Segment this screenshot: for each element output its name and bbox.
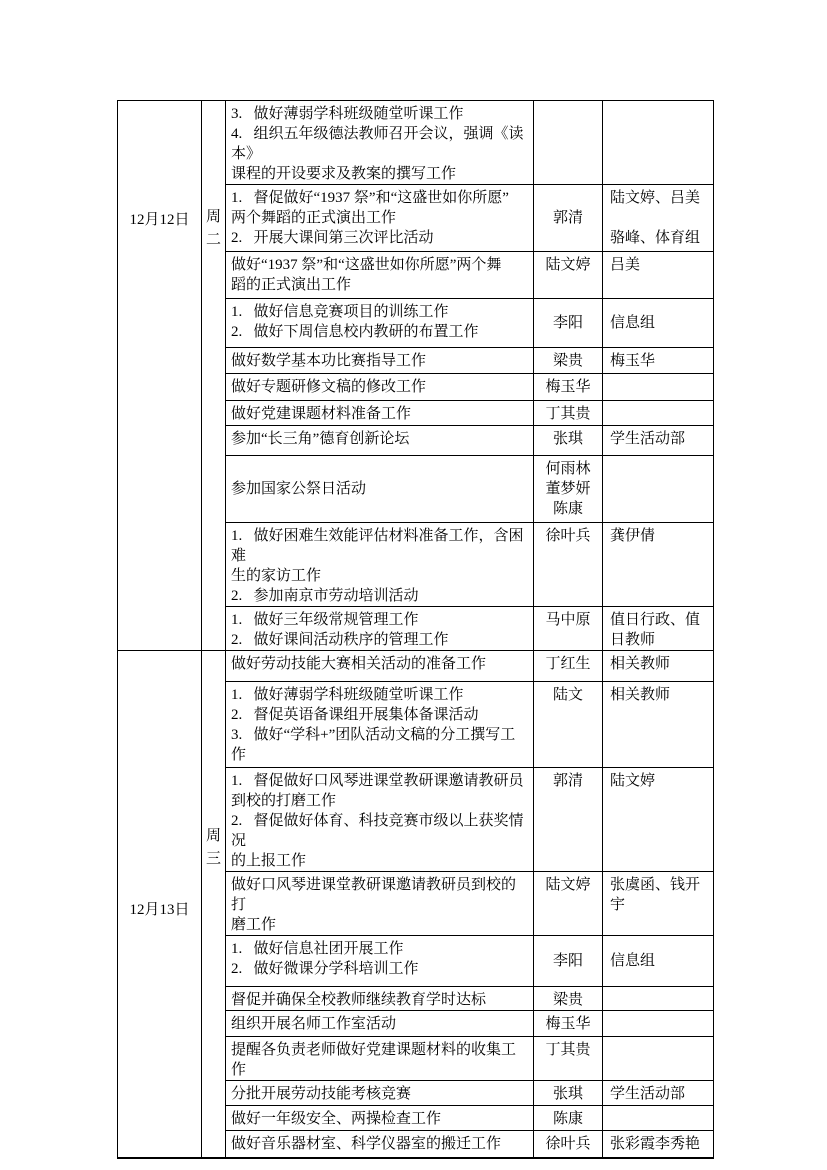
task-line: 参加“长三角”德育创新论坛 <box>231 429 530 449</box>
task-line: 2. 做好课间活动秩序的管理工作 <box>231 630 530 650</box>
task-line: 1. 做好信息社团开展工作 <box>231 939 530 959</box>
task-cell: 3. 做好薄弱学科班级随堂听课工作4. 组织五年级德法教师召开会议，强调《读本》… <box>226 101 534 185</box>
collaborator-name: 日教师 <box>610 630 711 650</box>
task-line: 做好“1937 祭”和“这盛世如你所愿”两个舞 <box>231 255 530 275</box>
person-name: 梁贵 <box>535 351 601 371</box>
person-name: 何雨林 <box>535 459 601 479</box>
collaborator-cell <box>603 1106 714 1131</box>
task-line: 做好数学基本功比赛指导工作 <box>231 351 530 371</box>
collaborator-cell: 张彩霞李秀艳 <box>603 1131 714 1158</box>
task-line: 组织开展名师工作室活动 <box>231 1014 530 1034</box>
person-cell: 陆文 <box>534 682 603 768</box>
day-label: 周二 <box>202 206 225 252</box>
task-line: 生的家访工作 <box>231 566 530 586</box>
task-cell: 做好党建课题材料准备工作 <box>226 401 534 426</box>
person-cell: 何雨林董梦妍陈康 <box>534 456 603 523</box>
task-cell: 做好音乐器材室、科学仪器室的搬迁工作 <box>226 1131 534 1158</box>
person-cell: 丁其贵 <box>534 401 603 426</box>
person-name: 梅玉华 <box>535 377 601 397</box>
task-cell: 做好“1937 祭”和“这盛世如你所愿”两个舞蹈的正式演出工作 <box>226 252 534 299</box>
person-cell <box>534 101 603 185</box>
collaborator-name: 学生活动部 <box>610 429 711 449</box>
task-line: 1. 督促做好“1937 祭”和“这盛世如你所愿” <box>231 188 530 208</box>
date-cell: 12月13日 <box>118 651 202 1158</box>
collaborator-cell <box>603 1037 714 1081</box>
task-cell: 提醒各负责老师做好党建课题材料的收集工作 <box>226 1037 534 1081</box>
collaborator-cell: 学生活动部 <box>603 1081 714 1106</box>
task-cell: 1. 督促做好口风琴进课堂教研课邀请教研员到校的打磨工作2. 督促做好体育、科技… <box>226 768 534 872</box>
task-cell: 1. 做好困难生效能评估材料准备工作，含困难生的家访工作2. 参加南京市劳动培训… <box>226 523 534 607</box>
collaborator-cell: 陆文婷 <box>603 768 714 872</box>
task-cell: 分批开展劳动技能考核竞赛 <box>226 1081 534 1106</box>
person-cell: 梁贵 <box>534 348 603 374</box>
day-cell: 周二 <box>202 101 226 651</box>
collaborator-cell: 相关教师 <box>603 651 714 682</box>
task-cell: 参加“长三角”德育创新论坛 <box>226 426 534 456</box>
person-cell: 徐叶兵 <box>534 523 603 607</box>
collaborator-cell: 信息组 <box>603 299 714 348</box>
person-cell: 李阳 <box>534 936 603 987</box>
person-name: 李阳 <box>535 951 601 971</box>
person-name: 丁其贵 <box>535 1040 601 1060</box>
person-name: 丁红生 <box>535 654 601 674</box>
task-line: 1. 做好信息竞赛项目的训练工作 <box>231 302 530 322</box>
collaborator-name: 张彩霞李秀艳 <box>610 1134 711 1154</box>
person-cell: 陆文婷 <box>534 252 603 299</box>
task-line: 2. 参加南京市劳动培训活动 <box>231 586 530 606</box>
collaborator-name: 陆文婷 <box>610 771 711 791</box>
task-line: 2. 做好下周信息校内教研的布置工作 <box>231 322 530 342</box>
collaborator-name: 宇 <box>610 895 711 915</box>
collaborator-name: 信息组 <box>610 313 711 333</box>
collaborator-cell: 相关教师 <box>603 682 714 768</box>
person-name: 徐叶兵 <box>535 1134 601 1154</box>
task-cell: 1. 督促做好“1937 祭”和“这盛世如你所愿”两个舞蹈的正式演出工作2. 开… <box>226 185 534 252</box>
collaborator-cell: 张虞函、钱开宇 <box>603 872 714 936</box>
task-line: 4. 组织五年级德法教师召开会议，强调《读本》 <box>231 124 530 164</box>
task-line: 做好一年级安全、两操检查工作 <box>231 1109 530 1129</box>
task-line: 做好口风琴进课堂教研课邀请教研员到校的打 <box>231 875 530 915</box>
collaborator-name: 骆峰、体育组 <box>610 228 711 248</box>
day-label-text: 周三 <box>206 825 222 871</box>
collaborator-name: 吕美 <box>610 255 711 275</box>
collaborator-cell: 梅玉华 <box>603 348 714 374</box>
collaborator-name: 相关教师 <box>610 685 711 705</box>
day-label-text: 周二 <box>206 206 222 252</box>
collaborator-cell <box>603 1011 714 1037</box>
date-label: 12月12日 <box>118 210 201 230</box>
person-name: 陆文婷 <box>535 255 601 275</box>
task-line: 1. 督促做好口风琴进课堂教研课邀请教研员 <box>231 771 530 791</box>
date-cell: 12月12日 <box>118 101 202 651</box>
person-name: 董梦妍 <box>535 479 601 499</box>
collaborator-name: 龚伊倩 <box>610 526 711 546</box>
task-line: 做好劳动技能大赛相关活动的准备工作 <box>231 654 530 674</box>
collaborator-cell: 陆文婷、吕美骆峰、体育组 <box>603 185 714 252</box>
task-line: 蹈的正式演出工作 <box>231 275 530 295</box>
task-cell: 组织开展名师工作室活动 <box>226 1011 534 1037</box>
collaborator-cell <box>603 987 714 1011</box>
collaborator-name <box>610 208 711 228</box>
task-cell: 1. 做好三年级常规管理工作2. 做好课间活动秩序的管理工作 <box>226 607 534 651</box>
task-cell: 做好一年级安全、两操检查工作 <box>226 1106 534 1131</box>
person-name: 张琪 <box>535 429 601 449</box>
task-line: 2. 督促英语备课组开展集体备课活动 <box>231 705 530 725</box>
collaborator-name: 学生活动部 <box>610 1084 711 1104</box>
task-line: 做好专题研修文稿的修改工作 <box>231 377 530 397</box>
task-line: 做好党建课题材料准备工作 <box>231 404 530 424</box>
task-line: 两个舞蹈的正式演出工作 <box>231 208 530 228</box>
person-name: 郭清 <box>535 771 601 791</box>
collaborator-cell: 值日行政、值日教师 <box>603 607 714 651</box>
person-cell: 马中原 <box>534 607 603 651</box>
person-name: 陈康 <box>535 499 601 519</box>
person-cell: 梅玉华 <box>534 1011 603 1037</box>
person-cell: 郭清 <box>534 185 603 252</box>
task-cell: 做好口风琴进课堂教研课邀请教研员到校的打磨工作 <box>226 872 534 936</box>
person-cell: 丁其贵 <box>534 1037 603 1081</box>
collaborator-name: 梅玉华 <box>610 351 711 371</box>
collaborator-name: 值日行政、值 <box>610 610 711 630</box>
collaborator-cell <box>603 456 714 523</box>
task-line: 参加国家公祭日活动 <box>231 479 530 499</box>
person-cell: 郭清 <box>534 768 603 872</box>
task-line: 3. 做好薄弱学科班级随堂听课工作 <box>231 104 530 124</box>
task-line: 分批开展劳动技能考核竞赛 <box>231 1084 530 1104</box>
task-cell: 做好数学基本功比赛指导工作 <box>226 348 534 374</box>
person-name: 徐叶兵 <box>535 526 601 546</box>
collaborator-cell <box>603 101 714 185</box>
person-cell: 徐叶兵 <box>534 1131 603 1158</box>
task-line: 3. 做好“学科+”团队活动文稿的分工撰写工 <box>231 725 530 745</box>
task-line: 课程的开设要求及教案的撰写工作 <box>231 164 530 184</box>
person-cell: 李阳 <box>534 299 603 348</box>
person-name: 郭清 <box>535 208 601 228</box>
person-name: 梁贵 <box>535 990 601 1010</box>
person-cell: 陈康 <box>534 1106 603 1131</box>
day-label: 周三 <box>202 825 225 871</box>
task-line: 的上报工作 <box>231 851 530 871</box>
date-label: 12月13日 <box>118 900 201 920</box>
task-cell: 督促并确保全校教师继续教育学时达标 <box>226 987 534 1011</box>
task-cell: 做好劳动技能大赛相关活动的准备工作 <box>226 651 534 682</box>
collaborator-cell: 龚伊倩 <box>603 523 714 607</box>
task-cell: 1. 做好信息竞赛项目的训练工作2. 做好下周信息校内教研的布置工作 <box>226 299 534 348</box>
task-cell: 1. 做好信息社团开展工作2. 做好微课分学科培训工作 <box>226 936 534 987</box>
person-cell: 陆文婷 <box>534 872 603 936</box>
task-line: 1. 做好三年级常规管理工作 <box>231 610 530 630</box>
collaborator-name: 信息组 <box>610 951 711 971</box>
person-cell: 张琪 <box>534 1081 603 1106</box>
person-name: 丁其贵 <box>535 404 601 424</box>
person-name: 陆文 <box>535 685 601 705</box>
task-line: 2. 督促做好体育、科技竞赛市级以上获奖情况 <box>231 811 530 851</box>
collaborator-name: 张虞函、钱开 <box>610 875 711 895</box>
collaborator-cell: 吕美 <box>603 252 714 299</box>
person-cell: 梅玉华 <box>534 374 603 401</box>
table-row: 12月12日周二3. 做好薄弱学科班级随堂听课工作4. 组织五年级德法教师召开会… <box>118 101 714 185</box>
collaborator-cell <box>603 374 714 401</box>
person-name: 陈康 <box>535 1109 601 1129</box>
collaborator-name: 陆文婷、吕美 <box>610 188 711 208</box>
person-cell: 丁红生 <box>534 651 603 682</box>
task-line: 提醒各负责老师做好党建课题材料的收集工作 <box>231 1040 530 1080</box>
task-line: 2. 做好微课分学科培训工作 <box>231 959 530 979</box>
person-name: 陆文婷 <box>535 875 601 895</box>
collaborator-cell: 学生活动部 <box>603 426 714 456</box>
person-cell: 梁贵 <box>534 987 603 1011</box>
task-line: 1. 做好薄弱学科班级随堂听课工作 <box>231 685 530 705</box>
task-line: 2. 开展大课间第三次评比活动 <box>231 228 530 248</box>
person-name: 张琪 <box>535 1084 601 1104</box>
person-cell: 张琪 <box>534 426 603 456</box>
task-cell: 参加国家公祭日活动 <box>226 456 534 523</box>
task-line: 作 <box>231 745 530 765</box>
collaborator-name: 相关教师 <box>610 654 711 674</box>
schedule-table: 12月12日周二3. 做好薄弱学科班级随堂听课工作4. 组织五年级德法教师召开会… <box>117 100 714 1159</box>
task-line: 到校的打磨工作 <box>231 791 530 811</box>
day-cell: 周三 <box>202 651 226 1158</box>
collaborator-cell <box>603 401 714 426</box>
collaborator-cell: 信息组 <box>603 936 714 987</box>
table-row: 12月13日周三做好劳动技能大赛相关活动的准备工作丁红生相关教师 <box>118 651 714 682</box>
document-page: 12月12日周二3. 做好薄弱学科班级随堂听课工作4. 组织五年级德法教师召开会… <box>0 0 827 1170</box>
task-cell: 做好专题研修文稿的修改工作 <box>226 374 534 401</box>
task-line: 1. 做好困难生效能评估材料准备工作，含困难 <box>231 526 530 566</box>
task-line: 督促并确保全校教师继续教育学时达标 <box>231 990 530 1010</box>
person-name: 李阳 <box>535 313 601 333</box>
task-line: 做好音乐器材室、科学仪器室的搬迁工作 <box>231 1134 530 1154</box>
person-name: 马中原 <box>535 610 601 630</box>
task-cell: 1. 做好薄弱学科班级随堂听课工作2. 督促英语备课组开展集体备课活动3. 做好… <box>226 682 534 768</box>
person-name: 梅玉华 <box>535 1014 601 1034</box>
task-line: 磨工作 <box>231 915 530 935</box>
